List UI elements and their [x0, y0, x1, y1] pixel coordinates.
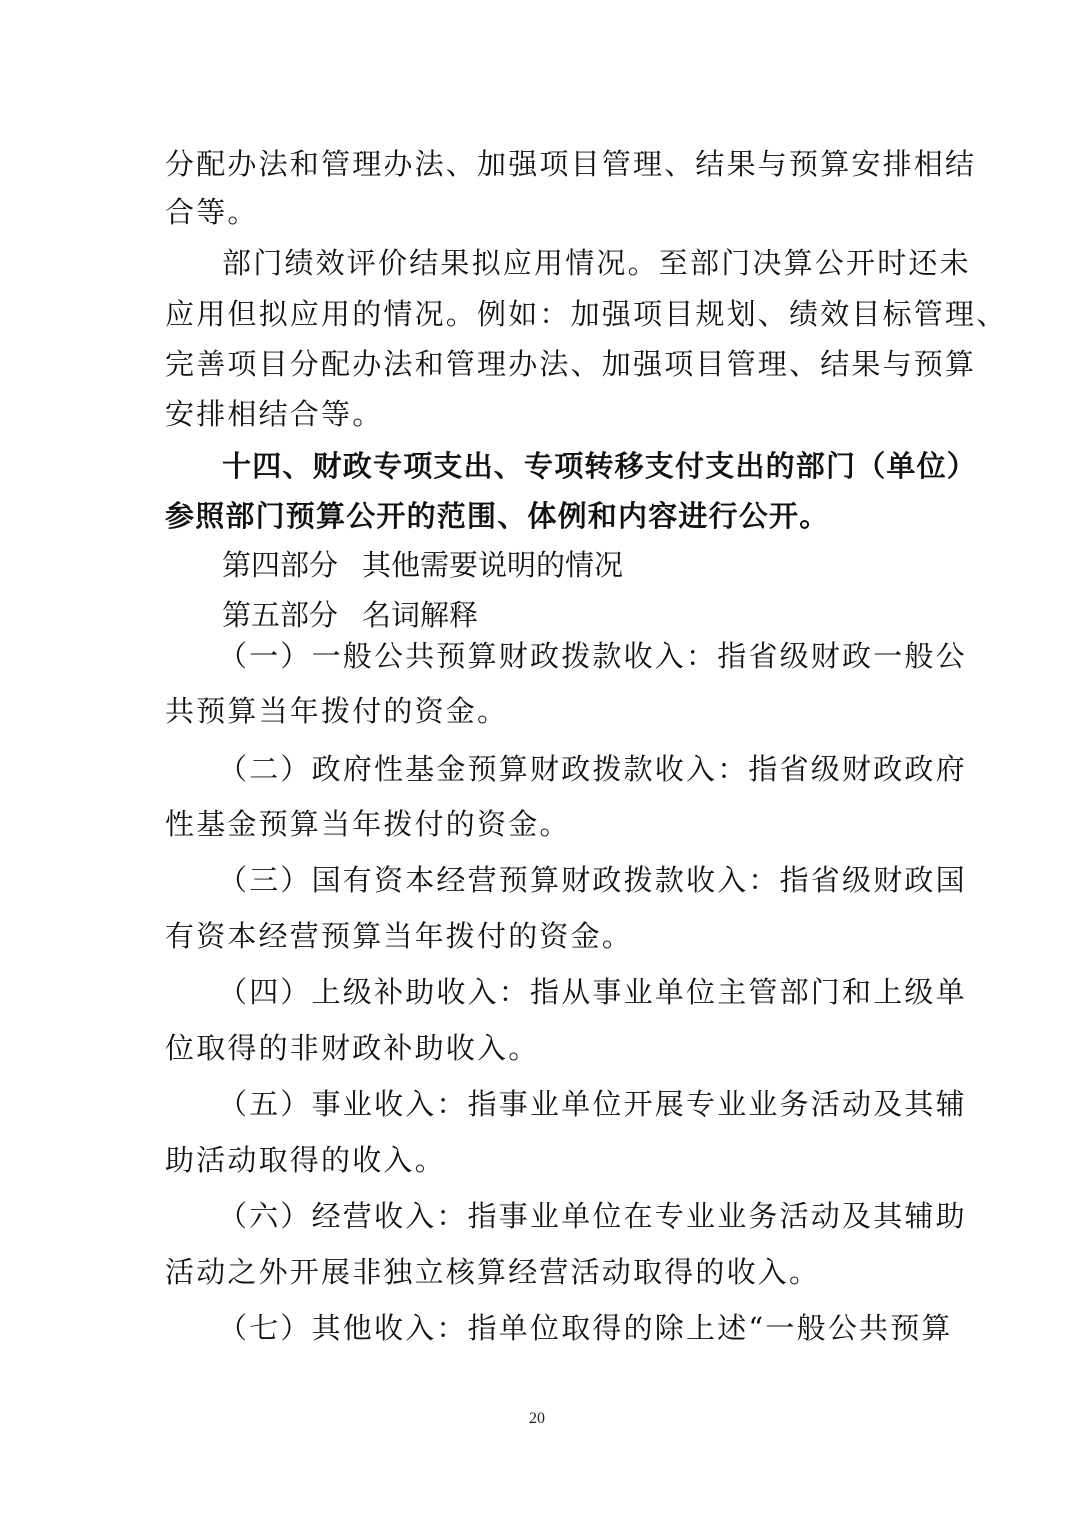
part-title: 其他需要说明的情况 — [362, 548, 623, 582]
part-five-heading: 第五部分名词解释 — [222, 597, 912, 633]
section-fourteen-title: 十四、财政专项支出、专项转移支付支出的部门（单位） — [222, 448, 912, 484]
term-definition-4: （四）上级补助收入：指从事业单位主管部门和上级单 — [218, 974, 908, 1010]
term-definition-3-cont: 有资本经营预算当年拨付的资金。 — [165, 918, 913, 954]
paragraph-line: 部门绩效评价结果拟应用情况。至部门决算公开时还未 — [222, 245, 912, 281]
paragraph-line: 应用但拟应用的情况。例如：加强项目规划、绩效目标管理、 — [165, 296, 913, 332]
term-definition-5-cont: 助活动取得的收入。 — [165, 1142, 913, 1178]
term-definition-4-cont: 位取得的非财政补助收入。 — [165, 1030, 913, 1066]
section-fourteen-title-cont: 参照部门预算公开的范围、体例和内容进行公开。 — [165, 498, 913, 534]
part-four-heading: 第四部分其他需要说明的情况 — [222, 547, 912, 583]
term-definition-2-cont: 性基金预算当年拨付的资金。 — [165, 806, 913, 842]
term-definition-2: （二）政府性基金预算财政拨款收入：指省级财政政府 — [218, 751, 908, 787]
paragraph-line: 分配办法和管理办法、加强项目管理、结果与预算安排相结 — [165, 146, 913, 182]
term-definition-1: （一）一般公共预算财政拨款收入：指省级财政一般公 — [218, 638, 908, 674]
paragraph-line: 合等。 — [165, 194, 913, 230]
term-definition-1-cont: 共预算当年拨付的资金。 — [165, 693, 913, 729]
term-definition-6: （六）经营收入：指事业单位在专业业务活动及其辅助 — [218, 1198, 908, 1234]
page-number: 20 — [0, 1410, 1074, 1428]
term-definition-6-cont: 活动之外开展非独立核算经营活动取得的收入。 — [165, 1254, 913, 1290]
document-page: 分配办法和管理办法、加强项目管理、结果与预算安排相结 合等。 部门绩效评价结果拟… — [0, 0, 1074, 1520]
paragraph-line: 安排相结合等。 — [165, 396, 913, 432]
paragraph-line: 完善项目分配办法和管理办法、加强项目管理、结果与预算 — [165, 346, 913, 382]
part-label: 第四部分 — [222, 548, 338, 582]
term-definition-7: （七）其他收入：指单位取得的除上述“一般公共预算 — [218, 1310, 908, 1346]
term-definition-3: （三）国有资本经营预算财政拨款收入：指省级财政国 — [218, 862, 908, 898]
term-definition-5: （五）事业收入：指事业单位开展专业业务活动及其辅 — [218, 1086, 908, 1122]
part-title: 名词解释 — [362, 598, 478, 632]
part-label: 第五部分 — [222, 598, 338, 632]
